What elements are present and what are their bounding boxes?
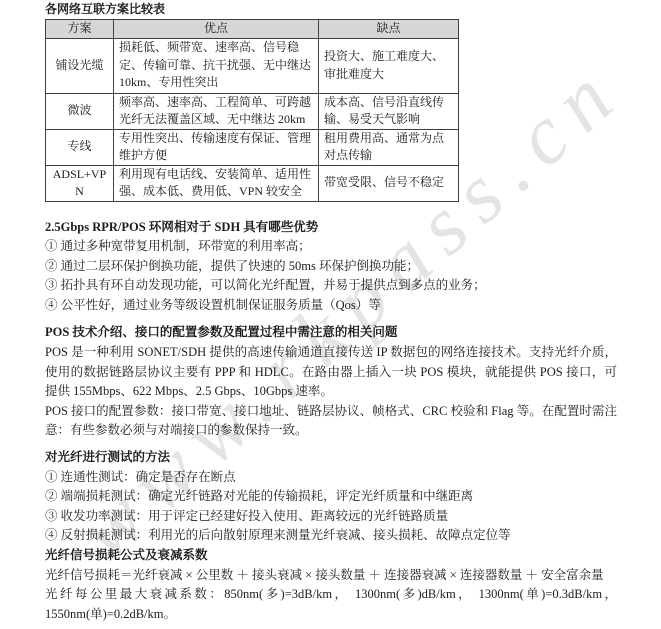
section-heading: 光纤信号损耗公式及衰减系数 (45, 546, 617, 566)
paragraph: POS 是一种利用 SONET/SDH 提供的高速传输通道直接传送 IP 数据包… (45, 343, 617, 402)
list-item: ④ 公平性好，通过业务等级设置机制保证服务质量（Qos）等 (45, 296, 617, 316)
section-fiber-testing-methods: 对光纤进行测试的方法 ① 连通性测试：确定是否存在断点 ② 端端损耗测试：确定光… (45, 448, 617, 546)
scheme-cell: ADSL+VPN (46, 165, 114, 201)
pros-cell: 损耗低、频带宽、速率高、信号稳定、传输可靠、抗干扰强、无中继达 10km、专用性… (114, 38, 319, 93)
scheme-cell: 专线 (46, 129, 114, 165)
cons-cell: 成本高、信号沿直线传输、易受天气影响 (319, 93, 459, 129)
column-header-pros: 优点 (114, 20, 319, 39)
table-row: ADSL+VPN 利用现有电话线、安装简单、适用性强、成本低、费用低、VPN 较… (46, 165, 459, 201)
paragraph: POS 接口的配置参数：接口带宽、接口地址、链路层协议、帧格式、CRC 校验和 … (45, 402, 617, 441)
paragraph: 光纤信号损耗＝光纤衰减 × 公里数 ＋ 接头衰减 × 接头数量 ＋ 连接器衰减 … (45, 566, 617, 586)
section-heading: 2.5Gbps RPR/POS 环网相对于 SDH 具有哪些优势 (45, 218, 617, 238)
paragraph: 光纤每公里最大衰减系数：850nm(多)=3dB/km， 1300nm(多)dB… (45, 585, 617, 624)
cons-cell: 租用费用高、通常为点对点传输 (319, 129, 459, 165)
list-item: ① 通过多种宽带复用机制，环带宽的利用率高； (45, 237, 617, 257)
section-pos-introduction: POS 技术介绍、接口的配置参数及配置过程中需注意的相关问题 POS 是一种利用… (45, 323, 617, 441)
list-item: ④ 反射损耗测试：利用光的后向散射原理来测量光纤衰减、接头损耗、故障点定位等 (45, 526, 617, 546)
section-rpr-pos-advantages: 2.5Gbps RPR/POS 环网相对于 SDH 具有哪些优势 ① 通过多种宽… (45, 218, 617, 316)
network-comparison-table: 方案 优点 缺点 铺设光缆 损耗低、频带宽、速率高、信号稳定、传输可靠、抗干扰强… (45, 19, 459, 202)
scheme-cell: 微波 (46, 93, 114, 129)
section-heading: 对光纤进行测试的方法 (45, 448, 617, 468)
section-fiber-loss-formula: 光纤信号损耗公式及衰减系数 光纤信号损耗＝光纤衰减 × 公里数 ＋ 接头衰减 ×… (45, 546, 617, 624)
list-item: ③ 拓扑具有环自动发现功能，可以简化光纤配置，并易于提供点到多点的业务； (45, 276, 617, 296)
pros-cell: 频率高、速率高、工程简单、可跨越光纤无法覆盖区域、无中继达 20km (114, 93, 319, 129)
scheme-cell: 铺设光缆 (46, 38, 114, 93)
section-heading: POS 技术介绍、接口的配置参数及配置过程中需注意的相关问题 (45, 323, 617, 343)
column-header-scheme: 方案 (46, 20, 114, 39)
table-header-row: 方案 优点 缺点 (46, 20, 459, 39)
list-item: ③ 收发功率测试：用于评定已经建好投入使用、距离较远的光纤链路质量 (45, 507, 617, 527)
column-header-cons: 缺点 (319, 20, 459, 39)
table-row: 专线 专用性突出、传输速度有保证、管理维护方便 租用费用高、通常为点对点传输 (46, 129, 459, 165)
document-page: 各网络互联方案比较表 方案 优点 缺点 铺设光缆 损耗低、频带宽、速率高、信号稳… (0, 0, 661, 624)
pros-cell: 利用现有电话线、安装简单、适用性强、成本低、费用低、VPN 较安全 (114, 165, 319, 201)
list-item: ① 连通性测试：确定是否存在断点 (45, 468, 617, 488)
cons-cell: 投资大、施工难度大、审批难度大 (319, 38, 459, 93)
cons-cell: 带宽受限、信号不稳定 (319, 165, 459, 201)
table-row: 微波 频率高、速率高、工程简单、可跨越光纤无法覆盖区域、无中继达 20km 成本… (46, 93, 459, 129)
table-title: 各网络互联方案比较表 (45, 2, 617, 17)
list-item: ② 通过二层环保护倒换功能，提供了快速的 50ms 环保护倒换功能； (45, 257, 617, 277)
table-row: 铺设光缆 损耗低、频带宽、速率高、信号稳定、传输可靠、抗干扰强、无中继达 10k… (46, 38, 459, 93)
list-item: ② 端端损耗测试：确定光纤链路对光能的传输损耗，评定光纤质量和中继距离 (45, 487, 617, 507)
pros-cell: 专用性突出、传输速度有保证、管理维护方便 (114, 129, 319, 165)
